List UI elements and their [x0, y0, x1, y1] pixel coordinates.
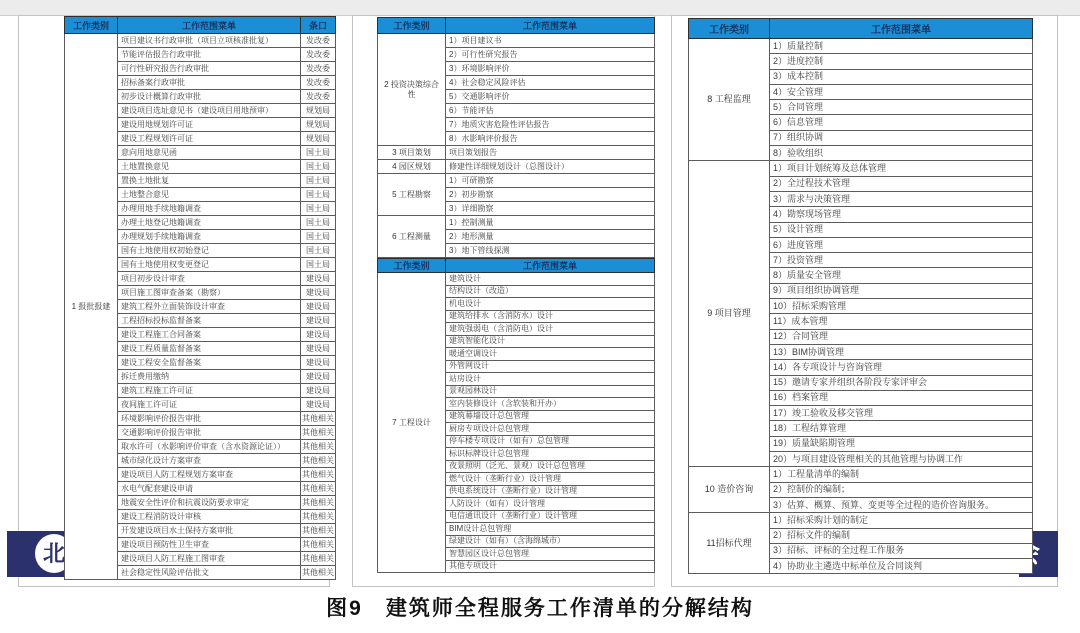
- work-item-cell: 项目建议书行政审批（项目立项核准批复）: [118, 34, 301, 48]
- top-strip: [0, 0, 1080, 16]
- work-item-cell: 建筑强弱电（含消防电）设计: [446, 323, 655, 336]
- work-item-cell: 4）安全管理: [770, 84, 1033, 99]
- department-cell: 国土局: [301, 188, 336, 202]
- work-item-cell: 水电气配套建设申请: [118, 482, 301, 496]
- work-item-cell: 建筑给排水（含消防水）设计: [446, 310, 655, 323]
- category-cell: 8 工程监理: [689, 39, 770, 161]
- work-item-cell: 建设工程规划许可证: [118, 132, 301, 146]
- department-cell: 发改委: [301, 62, 336, 76]
- work-item-cell: 地震安全性评价和抗震设防要求审定: [118, 496, 301, 510]
- column-header: 条口: [301, 17, 336, 34]
- department-cell: 建设局: [301, 356, 336, 370]
- work-item-cell: 项目初步设计审查: [118, 272, 301, 286]
- column-header: 工作范围菜单: [770, 19, 1033, 39]
- table-row: 5 工程勘察1）可研勘察: [378, 174, 655, 188]
- work-item-cell: 6）信息管理: [770, 115, 1033, 130]
- category-cell: 9 项目管理: [689, 161, 770, 467]
- work-item-cell: 交通影响评价报告审批: [118, 426, 301, 440]
- work-item-cell: 社会稳定性风险评估批文: [118, 566, 301, 580]
- department-cell: 国土局: [301, 216, 336, 230]
- work-item-cell: 16）档案管理: [770, 390, 1033, 405]
- logo-block-left: 北: [7, 531, 64, 577]
- department-cell: 建设局: [301, 384, 336, 398]
- work-item-cell: 5）交通影响评价: [446, 90, 655, 104]
- work-item-cell: 建筑幕墙设计总包管理: [446, 410, 655, 423]
- department-cell: 其他相关: [301, 454, 336, 468]
- work-item-cell: 3）成本控制: [770, 69, 1033, 84]
- work-item-cell: 2）进度控制: [770, 54, 1033, 69]
- work-item-cell: 建设项目选址意见书（建设项目用地预审）: [118, 104, 301, 118]
- table-row: 2 投资决策综合性1）项目建议书: [378, 34, 655, 48]
- work-item-cell: 1）控制测量: [446, 216, 655, 230]
- department-cell: 其他相关: [301, 538, 336, 552]
- department-cell: 其他相关: [301, 496, 336, 510]
- data-table: 工作类别工作范围菜单条口1 报批报建项目建议书行政审批（项目立项核准批复）发改委…: [64, 16, 336, 580]
- category-cell: 1 报批报建: [65, 34, 118, 580]
- department-cell: 国土局: [301, 146, 336, 160]
- work-item-cell: 可行性研究报告行政审批: [118, 62, 301, 76]
- department-cell: 国土局: [301, 160, 336, 174]
- work-item-cell: 4）勘察现场管理: [770, 207, 1033, 222]
- department-cell: 发改委: [301, 90, 336, 104]
- work-item-cell: BIM设计总包管理: [446, 523, 655, 536]
- category-cell: 4 园区规划: [378, 160, 446, 174]
- work-item-cell: 5）设计管理: [770, 222, 1033, 237]
- table-approvals: 工作类别工作范围菜单条口1 报批报建项目建议书行政审批（项目立项核准批复）发改委…: [64, 16, 336, 580]
- work-item-cell: 国有土地使用权变更登记: [118, 258, 301, 272]
- department-cell: 其他相关: [301, 510, 336, 524]
- department-cell: 国土局: [301, 230, 336, 244]
- work-item-cell: 13）BIM协调管理: [770, 344, 1033, 359]
- column-header: 工作范围菜单: [118, 17, 301, 34]
- department-cell: 建设局: [301, 370, 336, 384]
- work-item-cell: 9）项目组织协调管理: [770, 283, 1033, 298]
- category-cell: 11招标代理: [689, 513, 770, 574]
- work-item-cell: 2）地形测量: [446, 230, 655, 244]
- work-item-cell: 5）合同管理: [770, 100, 1033, 115]
- work-item-cell: 1）质量控制: [770, 39, 1033, 54]
- work-item-cell: 7）组织协调: [770, 130, 1033, 145]
- work-item-cell: 站房设计: [446, 373, 655, 386]
- work-item-cell: 建筑工程施工许可证: [118, 384, 301, 398]
- department-cell: 其他相关: [301, 412, 336, 426]
- work-item-cell: 工程招标投标监督备案: [118, 314, 301, 328]
- category-cell: 3 项目策划: [378, 146, 446, 160]
- work-item-cell: 土地置换意见: [118, 160, 301, 174]
- work-item-cell: 2）可行性研究报告: [446, 48, 655, 62]
- department-cell: 其他相关: [301, 468, 336, 482]
- work-item-cell: 3）需求与决策管理: [770, 191, 1033, 206]
- department-cell: 其他相关: [301, 552, 336, 566]
- work-item-cell: 建筑智能化设计: [446, 335, 655, 348]
- work-item-cell: 1）可研勘察: [446, 174, 655, 188]
- work-item-cell: 8）质量安全管理: [770, 268, 1033, 283]
- department-cell: 其他相关: [301, 440, 336, 454]
- work-item-cell: 4）协助业主遴选中标单位及合同谈判: [770, 559, 1033, 574]
- work-item-cell: 景观园林设计: [446, 385, 655, 398]
- work-item-cell: 8）验收组织: [770, 146, 1033, 161]
- department-cell: 建设局: [301, 328, 336, 342]
- department-cell: 规划局: [301, 132, 336, 146]
- work-item-cell: 建设工程消防设计审核: [118, 510, 301, 524]
- work-item-cell: 供电系统设计（垄断行业）设计管理: [446, 485, 655, 498]
- work-item-cell: 建设用地规划许可证: [118, 118, 301, 132]
- category-cell: 7 工程设计: [378, 273, 446, 573]
- work-item-cell: 建设工程质量监督备案: [118, 342, 301, 356]
- table-row: 7 工程设计建筑设计: [378, 273, 655, 286]
- logo-char-left: 北: [43, 543, 65, 565]
- work-item-cell: 项目策划报告: [446, 146, 655, 160]
- work-item-cell: 外管网设计: [446, 360, 655, 373]
- column-header: 工作类别: [378, 259, 446, 273]
- table-row: 10 造价咨询1）工程量清单的编制: [689, 467, 1033, 482]
- work-item-cell: 3）环境影响评价: [446, 62, 655, 76]
- department-cell: 其他相关: [301, 566, 336, 580]
- table-engineering-design: 工作类别工作范围菜单7 工程设计建筑设计结构设计（改造）机电设计建筑给排水（含消…: [377, 258, 655, 573]
- table-row: 8 工程监理1）质量控制: [689, 39, 1033, 54]
- department-cell: 国土局: [301, 174, 336, 188]
- work-item-cell: 节能评估报告行政审批: [118, 48, 301, 62]
- department-cell: 其他相关: [301, 524, 336, 538]
- work-item-cell: 暖通空调设计: [446, 348, 655, 361]
- work-item-cell: 7）投资管理: [770, 253, 1033, 268]
- work-item-cell: 2）控制价的编制；: [770, 482, 1033, 497]
- work-item-cell: 室内装修设计（含软装和开办）: [446, 398, 655, 411]
- work-item-cell: 6）进度管理: [770, 237, 1033, 252]
- table-supervision-management: 工作类别工作范围菜单8 工程监理1）质量控制2）进度控制3）成本控制4）安全管理…: [688, 18, 1033, 574]
- department-cell: 其他相关: [301, 426, 336, 440]
- table-row: 6 工程测量1）控制测量: [378, 216, 655, 230]
- work-item-cell: 土地整合意见: [118, 188, 301, 202]
- department-cell: 建设局: [301, 300, 336, 314]
- work-item-cell: 17）竣工验收及移交管理: [770, 406, 1033, 421]
- work-item-cell: 拆迁费用缴纳: [118, 370, 301, 384]
- work-item-cell: 意向用地意见函: [118, 146, 301, 160]
- work-item-cell: 6）节能评估: [446, 104, 655, 118]
- work-item-cell: 办理规划手续地籍调查: [118, 230, 301, 244]
- work-item-cell: 建筑设计: [446, 273, 655, 286]
- work-item-cell: 10）招标采购管理: [770, 299, 1033, 314]
- work-item-cell: 修建性详细规划设计（总图设计）: [446, 160, 655, 174]
- work-item-cell: 项目施工图审查备案（勘察）: [118, 286, 301, 300]
- work-item-cell: 1）招标采购计划的制定: [770, 513, 1033, 528]
- department-cell: 发改委: [301, 48, 336, 62]
- work-item-cell: 取水许可（水影响评价审查（含水资源论证））: [118, 440, 301, 454]
- category-cell: 2 投资决策综合性: [378, 34, 446, 146]
- work-item-cell: 2）全过程技术管理: [770, 176, 1033, 191]
- table-row: 11招标代理1）招标采购计划的制定: [689, 513, 1033, 528]
- work-item-cell: 8）水影响评价报告: [446, 132, 655, 146]
- table-row: 1 报批报建项目建议书行政审批（项目立项核准批复）发改委: [65, 34, 336, 48]
- work-item-cell: 电信通讯设计（垄断行业）设计管理: [446, 510, 655, 523]
- work-item-cell: 夜景照明（泛光、景观）设计总包管理: [446, 460, 655, 473]
- work-item-cell: 开发建设项目水土保持方案审批: [118, 524, 301, 538]
- work-item-cell: 建设项目预防性卫生审查: [118, 538, 301, 552]
- table-row: 9 项目管理1）项目计划统筹及总体管理: [689, 161, 1033, 176]
- work-item-cell: 国有土地使用权初始登记: [118, 244, 301, 258]
- work-item-cell: 7）地质灾害危险性评估报告: [446, 118, 655, 132]
- work-item-cell: 4）社会稳定风险评估: [446, 76, 655, 90]
- department-cell: 建设局: [301, 398, 336, 412]
- work-item-cell: 城市绿化设计方案审查: [118, 454, 301, 468]
- table-consulting-planning: 工作类别工作范围菜单2 投资决策综合性1）项目建议书2）可行性研究报告3）环境影…: [377, 17, 655, 258]
- work-item-cell: 1）工程量清单的编制: [770, 467, 1033, 482]
- work-item-cell: 办理土地登记地籍调查: [118, 216, 301, 230]
- department-cell: 国土局: [301, 244, 336, 258]
- table-row: 4 园区规划修建性详细规划设计（总图设计）: [378, 160, 655, 174]
- work-item-cell: 3）估算、概算、预算、变更等全过程的造价咨询服务。: [770, 497, 1033, 512]
- work-item-cell: 1）项目建议书: [446, 34, 655, 48]
- work-item-cell: 置换土地批复: [118, 174, 301, 188]
- work-item-cell: 3）详细勘察: [446, 202, 655, 216]
- data-table: 工作类别工作范围菜单8 工程监理1）质量控制2）进度控制3）成本控制4）安全管理…: [688, 18, 1033, 574]
- work-item-cell: 建筑工程外立面装饰设计审查: [118, 300, 301, 314]
- work-item-cell: 1）项目计划统筹及总体管理: [770, 161, 1033, 176]
- work-item-cell: 11）成本管理: [770, 314, 1033, 329]
- work-item-cell: 初步设计概算行政审批: [118, 90, 301, 104]
- data-table: 工作类别工作范围菜单7 工程设计建筑设计结构设计（改造）机电设计建筑给排水（含消…: [377, 258, 655, 573]
- work-item-cell: 2）初步勘察: [446, 188, 655, 202]
- department-cell: 建设局: [301, 314, 336, 328]
- work-item-cell: 12）合同管理: [770, 329, 1033, 344]
- department-cell: 其他相关: [301, 482, 336, 496]
- department-cell: 建设局: [301, 272, 336, 286]
- work-item-cell: 燃气设计（垄断行业）设计管理: [446, 473, 655, 486]
- department-cell: 规划局: [301, 118, 336, 132]
- work-item-cell: 2）招标文件的编制: [770, 528, 1033, 543]
- work-item-cell: 结构设计（改造）: [446, 285, 655, 298]
- category-cell: 5 工程勘察: [378, 174, 446, 216]
- work-item-cell: 14）各专项设计与咨询管理: [770, 360, 1033, 375]
- work-item-cell: 标识标牌设计总包管理: [446, 448, 655, 461]
- department-cell: 国土局: [301, 202, 336, 216]
- work-item-cell: 19）质量缺陷期管理: [770, 436, 1033, 451]
- work-item-cell: 建设项目人防工程施工图审查: [118, 552, 301, 566]
- work-item-cell: 夜间施工许可证: [118, 398, 301, 412]
- work-item-cell: 其他专项设计: [446, 560, 655, 573]
- work-item-cell: 15）邀请专家并组织各阶段专家评审会: [770, 375, 1033, 390]
- work-item-cell: 绿建设计（如有）（含海绵城市）: [446, 535, 655, 548]
- work-item-cell: 3）地下管线探测: [446, 244, 655, 258]
- figure-caption: 图9 建筑师全程服务工作清单的分解结构: [0, 592, 1080, 622]
- column-header: 工作类别: [65, 17, 118, 34]
- column-header: 工作类别: [689, 19, 770, 39]
- work-item-cell: 人防设计（如有）设计管理: [446, 498, 655, 511]
- table-row: 3 项目策划项目策划报告: [378, 146, 655, 160]
- category-cell: 10 造价咨询: [689, 467, 770, 513]
- work-item-cell: 厨房专项设计总包管理: [446, 423, 655, 436]
- data-table: 工作类别工作范围菜单2 投资决策综合性1）项目建议书2）可行性研究报告3）环境影…: [377, 17, 655, 258]
- column-header: 工作范围菜单: [446, 259, 655, 273]
- work-item-cell: 18）工程结算管理: [770, 421, 1033, 436]
- work-item-cell: 建设工程安全监督备案: [118, 356, 301, 370]
- department-cell: 发改委: [301, 34, 336, 48]
- work-item-cell: 20）与项目建设管理相关的其他管理与协调工作: [770, 452, 1033, 467]
- work-item-cell: 3）招标、评标的全过程工作服务: [770, 543, 1033, 558]
- column-header: 工作范围菜单: [446, 18, 655, 34]
- column-header: 工作类别: [378, 18, 446, 34]
- work-item-cell: 机电设计: [446, 298, 655, 311]
- work-item-cell: 智慧园区设计总包管理: [446, 548, 655, 561]
- work-item-cell: 办理用地手续地籍调查: [118, 202, 301, 216]
- department-cell: 建设局: [301, 342, 336, 356]
- work-item-cell: 停车楼专项设计（如有）总包管理: [446, 435, 655, 448]
- department-cell: 发改委: [301, 76, 336, 90]
- department-cell: 建设局: [301, 286, 336, 300]
- work-item-cell: 建设工程施工合同备案: [118, 328, 301, 342]
- work-item-cell: 环境影响评价报告审批: [118, 412, 301, 426]
- category-cell: 6 工程测量: [378, 216, 446, 258]
- department-cell: 国土局: [301, 258, 336, 272]
- work-item-cell: 建设项目人防工程规划方案审查: [118, 468, 301, 482]
- work-item-cell: 招标备案行政审批: [118, 76, 301, 90]
- department-cell: 规划局: [301, 104, 336, 118]
